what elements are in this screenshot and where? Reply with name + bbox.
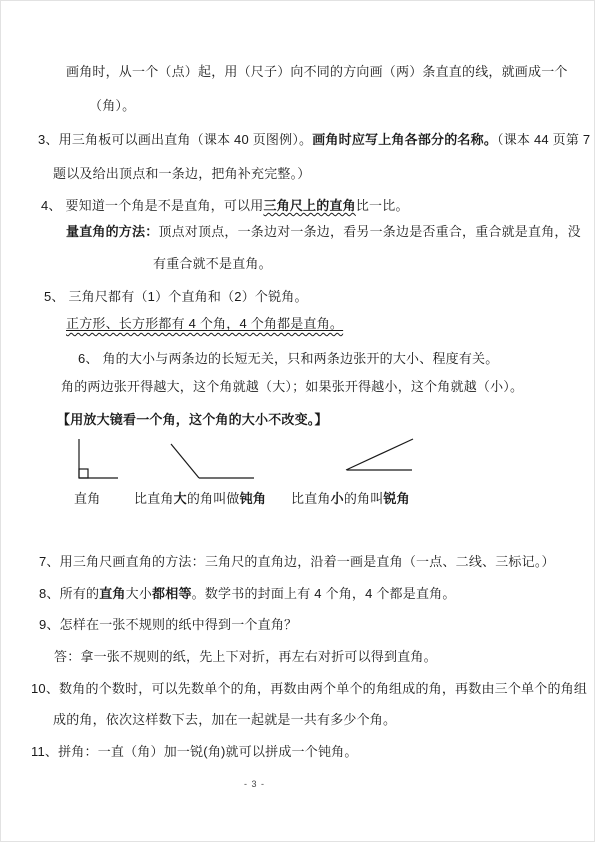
item8-bold2: 都相等 xyxy=(152,586,192,601)
item3-text-pre: 3、用三角板可以画出直角（课本 40 页图例）。 xyxy=(38,132,312,147)
item10-line1: 10、数角的个数时，可以先数单个的角，再数由两个单个的角组成的角，再数由三个单个… xyxy=(31,681,587,697)
method-label: 量直角的方法： xyxy=(66,224,158,239)
item4-method-line2: 有重合就不是直角。 xyxy=(153,256,272,272)
intro-line2: （角）。 xyxy=(89,98,135,114)
item8-text-pre: 8、所有的 xyxy=(39,586,99,601)
item9-answer: 答：拿一张不规则的纸，先上下对折，再左右对折可以得到直角。 xyxy=(54,649,437,665)
item6-line1: 6、 角的大小与两条边的长短无关，只和两条边张开的大小、程度有关。 xyxy=(78,351,498,367)
item3-line1: 3、用三角板可以画出直角（课本 40 页图例）。画角时应写上角各部分的名称。（课… xyxy=(38,132,590,148)
method-text: 顶点对顶点，一条边对一条边，看另一条边是否重合，重合就是直角，没 xyxy=(158,224,580,239)
item3-line2: 题以及给出顶点和一条边，把角补充完整。） xyxy=(53,166,311,182)
acute-caption-bold1: 小 xyxy=(331,491,344,506)
right-angle-square-mark xyxy=(79,469,88,478)
acute-caption-bold2: 锐角 xyxy=(383,491,409,506)
obtuse-caption-bold2: 钝角 xyxy=(240,491,266,506)
page-number: - 3 - xyxy=(244,779,265,789)
item8-line: 8、所有的直角大小都相等。数学书的封面上有 4 个角，4 个都是直角。 xyxy=(39,586,456,602)
acute-caption-pre: 比直角 xyxy=(291,491,331,506)
item4-line1: 4、 要知道一个角是不是直角，可以用三角尺上的直角比一比。 xyxy=(41,198,409,214)
obtuse-caption-mid: 的角叫做 xyxy=(187,491,240,506)
item3-bold-text: 画角时应写上角各部分的名称。 xyxy=(312,132,497,147)
obtuse-angle-slant-line xyxy=(171,444,199,478)
item8-text-post: 。数学书的封面上有 4 个角，4 个都是直角。 xyxy=(192,586,456,601)
item5-line1: 5、 三角尺都有（1）个直角和（2）个锐角。 xyxy=(44,289,308,305)
obtuse-caption-bold1: 大 xyxy=(174,491,187,506)
item6-line2: 角的两边张开得越大，这个角就越（大）；如果张开得越小，这个角就越（小）。 xyxy=(61,379,523,395)
acute-angle-slant-line xyxy=(346,439,413,470)
item9-question: 9、怎样在一张不规则的纸中得到一个直角？ xyxy=(39,617,297,633)
right-angle-caption: 直角 xyxy=(74,491,100,507)
item11-line: 11、拼角：一直（角）加一锐(角)就可以拼成一个钝角。 xyxy=(31,744,358,760)
acute-angle-caption: 比直角小的角叫锐角 xyxy=(291,491,410,507)
intro-line1: 画角时，从一个（点）起，用（尺子）向不同的方向画（两）条直直的线，就画成一个 xyxy=(66,64,568,80)
obtuse-caption-pre: 比直角 xyxy=(134,491,174,506)
document-page: 画角时，从一个（点）起，用（尺子）向不同的方向画（两）条直直的线，就画成一个 （… xyxy=(0,0,595,842)
item4-text-post: 比一比。 xyxy=(356,198,409,213)
item5-underlined-note: 正方形、长方形都有 4 个角，4 个角都是直角。 xyxy=(66,316,343,332)
acute-caption-mid: 的角叫 xyxy=(344,491,384,506)
item4-method-line1: 量直角的方法：顶点对顶点，一条边对一条边，看另一条边是否重合，重合就是直角，没 xyxy=(66,224,581,240)
item8-bold1: 直角 xyxy=(99,586,125,601)
magnifier-note: 【用放大镜看一个角，这个角的大小不改变。】 xyxy=(57,412,328,428)
item4-emphasis-text: 三角尺上的直角 xyxy=(263,198,355,213)
square-rectangle-note: 正方形、长方形都有 4 个角，4 个角都是直角。 xyxy=(66,316,343,331)
item3-text-post: （课本 44 页第 7 xyxy=(497,132,590,147)
right-angle-figure xyxy=(77,437,123,483)
item10-line2: 成的角，依次这样数下去，加在一起就是一共有多少个角。 xyxy=(53,712,396,728)
item8-text-mid: 大小 xyxy=(126,586,152,601)
item4-text-pre: 4、 要知道一个角是不是直角，可以用 xyxy=(41,198,263,213)
obtuse-angle-caption: 比直角大的角叫做钝角 xyxy=(134,491,266,507)
acute-angle-figure xyxy=(344,435,416,475)
item7-line: 7、用三角尺画直角的方法：三角尺的直角边，沿着一画是直角（一点、二线、三标记。） xyxy=(39,554,555,570)
obtuse-angle-figure xyxy=(169,442,259,482)
